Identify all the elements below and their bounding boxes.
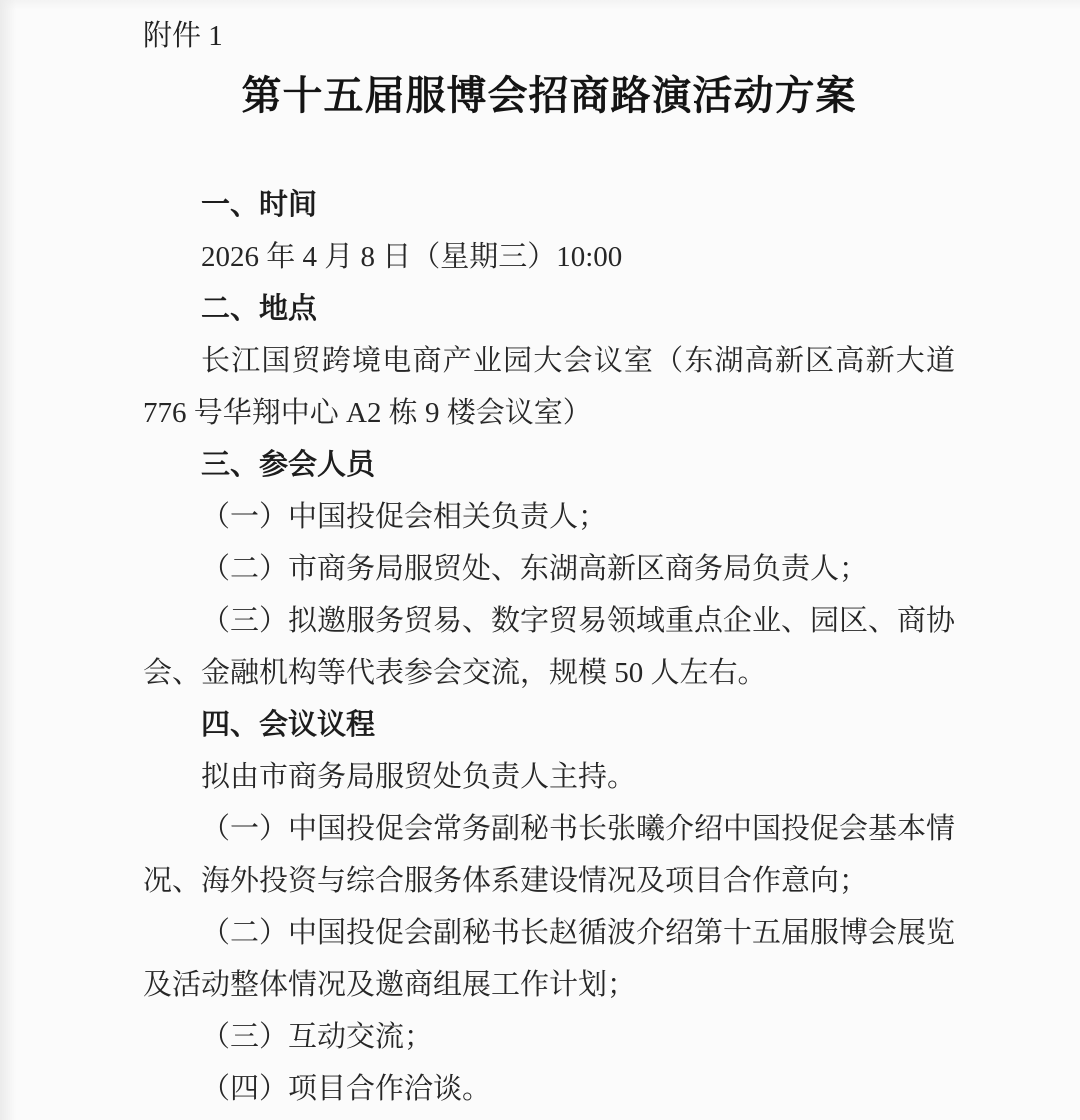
section-agenda: 四、会议议程 拟由市商务局服贸处负责人主持。 （一）中国投促会常务副秘书长张曦介…: [143, 699, 955, 1115]
paragraph-agenda-item-1: （一）中国投促会常务副秘书长张曦介绍中国投促会基本情况、海外投资与综合服务体系建…: [143, 803, 955, 907]
paragraph-agenda-item-3: （三）互动交流；: [143, 1011, 955, 1063]
section-time: 一、时间 2026 年 4 月 8 日（星期三）10:00: [143, 179, 955, 283]
paragraph-location-value: 长江国贸跨境电商产业园大会议室（东湖高新区高新大道 776 号华翔中心 A2 栋…: [143, 335, 955, 439]
paragraph-agenda-item-4: （四）项目合作洽谈。: [143, 1063, 955, 1115]
section-heading-time: 一、时间: [143, 179, 955, 231]
document-page: 附件 1 第十五届服博会招商路演活动方案 一、时间 2026 年 4 月 8 日…: [0, 0, 1080, 1120]
paragraph-participants-item-3: （三）拟邀服务贸易、数字贸易领域重点企业、园区、商协会、金融机构等代表参会交流，…: [143, 595, 955, 699]
document-title: 第十五届服博会招商路演活动方案: [143, 72, 955, 120]
paragraph-participants-item-1: （一）中国投促会相关负责人；: [143, 491, 955, 543]
section-heading-agenda: 四、会议议程: [143, 699, 955, 751]
paragraph-time-value: 2026 年 4 月 8 日（星期三）10:00: [143, 231, 955, 283]
section-heading-location: 二、地点: [143, 283, 955, 335]
document-body: 一、时间 2026 年 4 月 8 日（星期三）10:00 二、地点 长江国贸跨…: [143, 179, 955, 1115]
paragraph-participants-item-2: （二）市商务局服贸处、东湖高新区商务局负责人；: [143, 543, 955, 595]
paragraph-agenda-host: 拟由市商务局服贸处负责人主持。: [143, 751, 955, 803]
section-participants: 三、参会人员 （一）中国投促会相关负责人； （二）市商务局服贸处、东湖高新区商务…: [143, 439, 955, 699]
section-heading-participants: 三、参会人员: [143, 439, 955, 491]
section-location: 二、地点 长江国贸跨境电商产业园大会议室（东湖高新区高新大道 776 号华翔中心…: [143, 283, 955, 439]
paragraph-agenda-item-2: （二）中国投促会副秘书长赵循波介绍第十五届服博会展览及活动整体情况及邀商组展工作…: [143, 907, 955, 1011]
attachment-label: 附件 1: [143, 14, 955, 58]
